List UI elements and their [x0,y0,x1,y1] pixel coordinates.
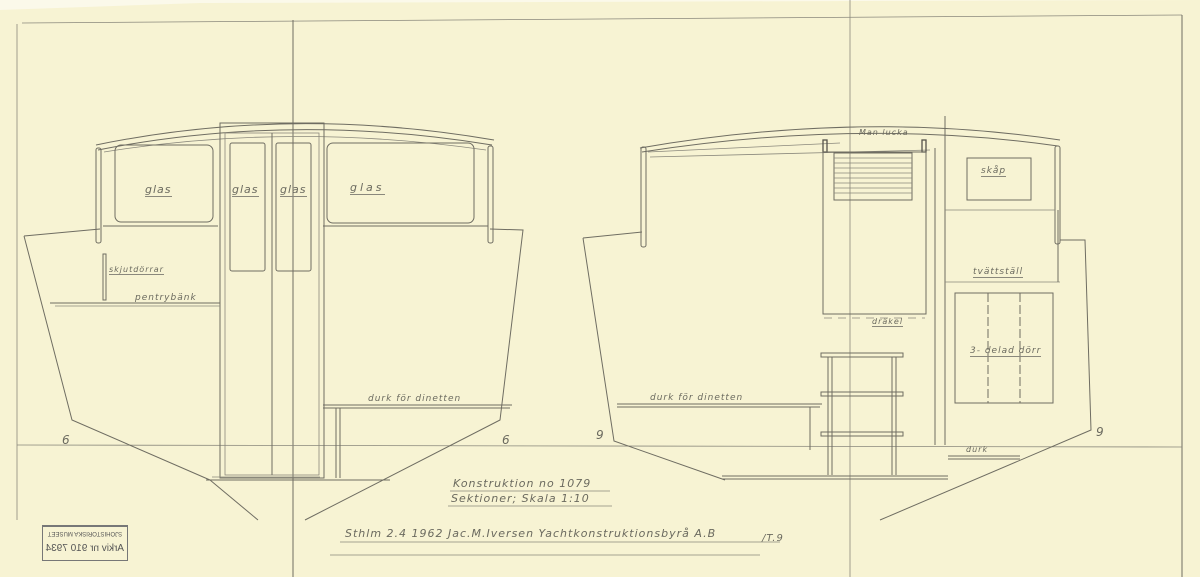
label-deck: durk [966,445,988,454]
label-cabinet: skåp [981,166,1006,177]
archive-number: Arkiv nr 910 7934 [43,539,127,559]
technical-drawing [0,0,1200,577]
label-drawer: dräkel [872,317,903,327]
label-washstand: tvättställ [973,267,1023,278]
frame-number-right-b: 9 [1096,425,1105,439]
museum-stamp: SJÖHISTORISKA MUSEET Arkiv nr 910 7934 [42,525,128,561]
label-glas-door-right: glas [280,183,307,197]
drawing-sheet: glas glas glas glas skjutdörrar pentrybä… [0,0,1200,577]
section-scale: Sektioner; Skala 1:10 [451,492,590,505]
label-pantry-counter: pentrybänk [135,293,197,303]
baseline [17,445,1182,447]
border-top [22,15,1182,23]
museum-name: SJÖHISTORISKA MUSEET [43,526,127,539]
label-dinette-deck-left: durk för dinetten [368,394,461,404]
frame-number-right-a: 9 [596,428,605,442]
signature-line: Sthlm 2.4 1962 Jac.M.Iversen Yachtkonstr… [345,527,716,540]
right-section [583,116,1091,520]
label-3-part-door: 3- delad dörr [970,346,1041,357]
label-hatch: Man lucka [859,128,909,137]
label-glas-window-right: glas [350,181,385,195]
label-sliding-doors: skjutdörrar [109,265,164,275]
label-glas-window-left: glas [145,183,172,197]
frame-number-left-a: 6 [62,433,71,447]
label-glas-door-left: glas [232,183,259,197]
construction-number: Konstruktion no 1079 [453,477,591,490]
label-dinette-deck-right: durk för dinetten [650,393,743,403]
drafter-initials: /T.9 [762,533,784,544]
left-section [24,123,523,520]
hatch-louvres [834,153,912,200]
frame-number-left-b: 6 [502,433,511,447]
